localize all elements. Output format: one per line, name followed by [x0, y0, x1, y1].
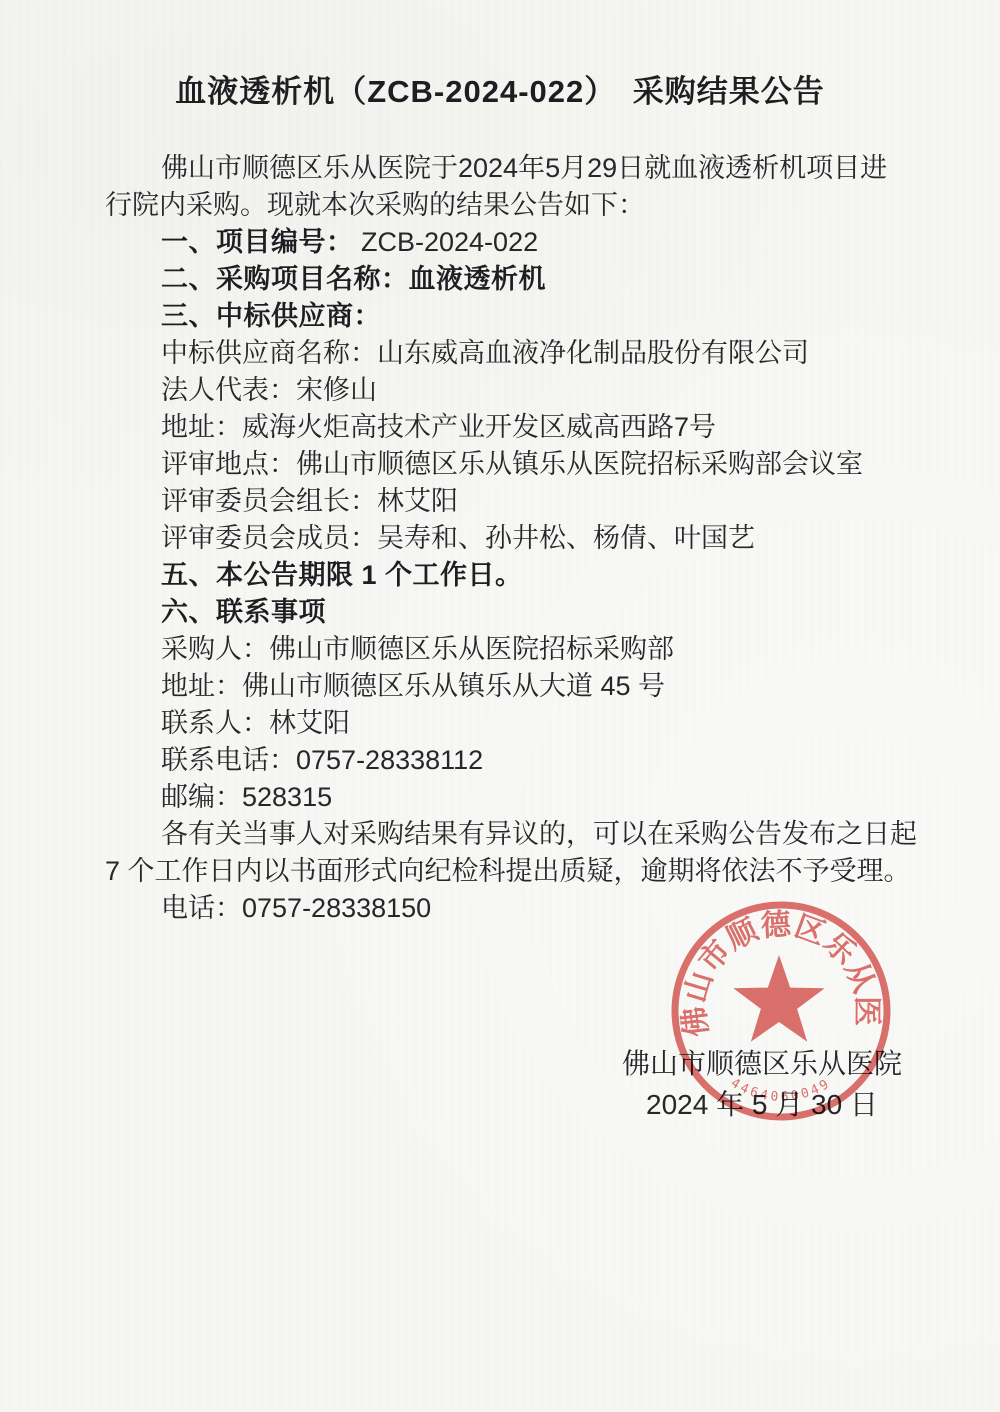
line-text: 7 个工作日内以书面形式向纪检科提出质疑，逾期将依法不予受理。 [105, 856, 911, 886]
line-text: 邮编：528315 [161, 782, 332, 812]
line-text: 各有关当事人对采购结果有异议的，可以在采购公告发布之日起 [161, 819, 917, 849]
line-label: 六、联系事项 [161, 597, 326, 627]
line-label: 三、中标供应商： [161, 301, 381, 331]
document-line: 行院内采购。现就本次采购的结果公告如下： [105, 187, 908, 224]
line-text: 地址：威海火炬高技术产业开发区威高西路7号 [161, 412, 716, 442]
line-text: ZCB-2024-022 [354, 227, 539, 257]
document-line: 评审地点：佛山市顺德区乐从镇乐从医院招标采购部会议室 [105, 446, 908, 483]
line-text: 采购人：佛山市顺德区乐从医院招标采购部 [161, 634, 674, 664]
document-body: 佛山市顺德区乐从医院于2024年5月29日就血液透析机项目进行院内采购。现就本次… [105, 150, 908, 927]
document-line: 地址：佛山市顺德区乐从镇乐从大道 45 号 [105, 668, 908, 705]
document-line: 五、本公告期限 1 个工作日。 [105, 557, 908, 594]
document-line: 采购人：佛山市顺德区乐从医院招标采购部 [105, 631, 908, 668]
line-text: 评审地点：佛山市顺德区乐从镇乐从医院招标采购部会议室 [161, 449, 863, 479]
line-text: 电话：0757-28338150 [161, 893, 431, 923]
document-line: 评审委员会组长：林艾阳 [105, 483, 908, 520]
signature-date: 2024 年 5 月 30 日 [622, 1084, 902, 1125]
document-line: 各有关当事人对采购结果有异议的，可以在采购公告发布之日起 [105, 816, 908, 853]
signature-block: 佛山市顺德区乐从医院 2024 年 5 月 30 日 [622, 1043, 902, 1125]
line-text: 法人代表：宋修山 [161, 375, 377, 405]
document-line: 地址：威海火炬高技术产业开发区威高西路7号 [105, 409, 908, 446]
stamp-star-icon [733, 955, 824, 1042]
line-text: 评审委员会成员：吴寿和、孙井松、杨倩、叶国艺 [161, 523, 755, 553]
document-line: 二、采购项目名称：血液透析机 [105, 261, 908, 298]
document-line: 法人代表：宋修山 [105, 372, 908, 409]
line-text: 中标供应商名称：山东威高血液净化制品股份有限公司 [161, 338, 809, 368]
line-text: 佛山市顺德区乐从医院于2024年5月29日就血液透析机项目进 [161, 153, 887, 183]
scanned-page: 血液透析机（ZCB-2024-022） 采购结果公告 佛山市顺德区乐从医院于20… [0, 0, 1000, 1412]
document-line: 联系人：林艾阳 [105, 705, 908, 742]
line-text: 联系电话：0757-28338112 [161, 745, 483, 775]
line-label: 二、采购项目名称：血液透析机 [161, 264, 546, 294]
line-label: 五、本公告期限 1 个工作日。 [161, 560, 523, 590]
line-text: 地址：佛山市顺德区乐从镇乐从大道 45 号 [161, 671, 665, 701]
document-line: 六、联系事项 [105, 594, 908, 631]
document-line: 一、项目编号： ZCB-2024-022 [105, 224, 908, 261]
document-line: 中标供应商名称：山东威高血液净化制品股份有限公司 [105, 335, 908, 372]
document-line: 评审委员会成员：吴寿和、孙井松、杨倩、叶国艺 [105, 520, 908, 557]
document-line: 7 个工作日内以书面形式向纪检科提出质疑，逾期将依法不予受理。 [105, 853, 908, 890]
document-line: 佛山市顺德区乐从医院于2024年5月29日就血液透析机项目进 [105, 150, 908, 187]
line-text: 联系人：林艾阳 [161, 708, 350, 738]
line-label: 一、项目编号： [161, 227, 354, 257]
line-text: 评审委员会组长：林艾阳 [161, 486, 458, 516]
signature-org: 佛山市顺德区乐从医院 [622, 1043, 902, 1084]
document-line: 三、中标供应商： [105, 298, 908, 335]
document-line: 邮编：528315 [105, 779, 908, 816]
page-title: 血液透析机（ZCB-2024-022） 采购结果公告 [0, 66, 1000, 111]
line-text: 行院内采购。现就本次采购的结果公告如下： [105, 190, 645, 220]
document-line: 联系电话：0757-28338112 [105, 742, 908, 779]
document-line: 电话：0757-28338150 [105, 890, 908, 927]
